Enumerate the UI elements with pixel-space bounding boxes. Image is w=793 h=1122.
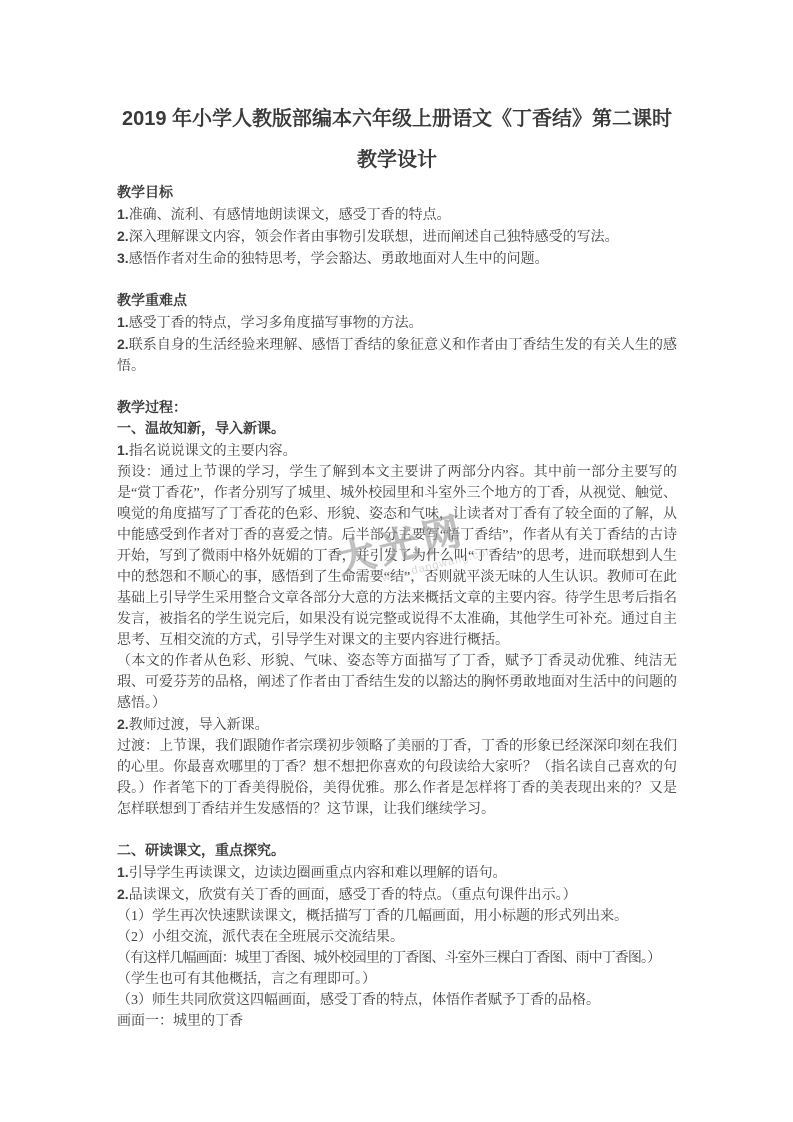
title-line-1: 2019 年小学人教版部编本六年级上册语文《丁香结》第二课时 [117, 99, 677, 140]
item-text: 引导学生再读课文，边读边圈画重点内容和难以理解的语句。 [129, 866, 507, 881]
heading-key-difficult-points: 教学重难点 [117, 291, 677, 312]
item-text: 教师过渡，导入新课。 [129, 718, 269, 733]
item-number: 1. [117, 442, 129, 458]
item-number: 2. [117, 336, 129, 352]
heading-teaching-objectives: 教学目标 [117, 183, 677, 204]
item-text: 感受丁香的特点，学习多角度描写事物的方法。 [129, 316, 423, 331]
objective-item-2: 2.深入理解课文内容，领会作者由事物引发联想，进而阐述自己独特感受的写法。 [117, 226, 677, 248]
document-content: 2019 年小学人教版部编本六年级上册语文《丁香结》第二课时 教学设计 教学目标… [117, 99, 677, 1032]
item-number: 3. [117, 250, 129, 266]
item-text: 联系自身的生活经验来理解、感悟丁香结的象征意义和作者由丁香结生发的有关人生的感悟… [117, 338, 677, 374]
title-line-2: 教学设计 [117, 140, 677, 181]
item-text: 指名说说课文的主要内容。 [129, 444, 297, 459]
objective-item-1: 1.准确、流利、有感情地朗读课文，感受丁香的特点。 [117, 204, 677, 226]
item-text: 品读课文，欣赏有关丁香的画面，感受丁香的特点。（重点句课件出示。） [129, 888, 577, 903]
item-number: 2. [117, 228, 129, 244]
part-one-item-2: 2.教师过渡，导入新课。 [117, 714, 677, 736]
item-number: 1. [117, 206, 129, 222]
blank-line [117, 270, 677, 291]
item-text: 深入理解课文内容，领会作者由事物引发联想，进而阐述自己独特感受的写法。 [129, 230, 619, 245]
part-one-item-1: 1.指名说说课文的主要内容。 [117, 440, 677, 462]
paragraph-preset: 预设：通过上节课的学习，学生了解到本文主要讲了两部分内容。其中前一部分主要写的是… [117, 462, 677, 651]
document-title: 2019 年小学人教版部编本六年级上册语文《丁香结》第二课时 教学设计 [117, 99, 677, 181]
part-two-item-1: 1.引导学生再读课文，边读边圈画重点内容和难以理解的语句。 [117, 862, 677, 884]
key-point-item-2: 2.联系自身的生活经验来理解、感悟丁香结的象征意义和作者由丁香结生发的有关人生的… [117, 334, 677, 377]
step-paragraph-2: （2）小组交流，派代表在全班展示交流结果。 [117, 927, 677, 948]
heading-part-one: 一、温故知新，导入新课。 [117, 419, 677, 440]
item-number: 2. [117, 886, 129, 902]
blank-line [117, 377, 677, 398]
heading-teaching-process: 教学过程： [117, 398, 677, 419]
objective-item-3: 3.感悟作者对生命的独特思考，学会豁达、勇敢地面对人生中的问题。 [117, 248, 677, 270]
step-paragraph-3: （3）师生共同欣赏这四幅画面，感受丁香的特点，体悟作者赋予丁香的品格。 [117, 990, 677, 1011]
item-number: 1. [117, 314, 129, 330]
item-text: 准确、流利、有感情地朗读课文，感受丁香的特点。 [129, 208, 451, 223]
part-two-item-2: 2.品读课文，欣赏有关丁香的画面，感受丁香的特点。（重点句课件出示。） [117, 884, 677, 906]
paragraph-summary-note: （本文的作者从色彩、形貌、气味、姿态等方面描写了丁香，赋予丁香灵动优雅、纯洁无瑕… [117, 651, 677, 714]
step-paragraph-alt-note: （学生也可有其他概括，言之有理即可。） [117, 969, 677, 990]
item-number: 2. [117, 716, 129, 732]
item-text: 感悟作者对生命的独特思考，学会豁达、勇敢地面对人生中的问题。 [129, 252, 549, 267]
picture-one-label: 画面一：城里的丁香 [117, 1011, 677, 1032]
blank-line [117, 820, 677, 841]
key-point-item-1: 1.感受丁香的特点，学习多角度描写事物的方法。 [117, 312, 677, 334]
item-number: 1. [117, 864, 129, 880]
document-page: 2019 年小学人教版部编本六年级上册语文《丁香结》第二课时 教学设计 教学目标… [0, 0, 793, 1122]
paragraph-transition: 过渡：上节课，我们跟随作者宗璞初步领略了美丽的丁香，丁香的形象已经深深印刻在我们… [117, 736, 677, 820]
step-paragraph-1: （1）学生再次快速默读课文，概括描写丁香的几幅画面，用小标题的形式列出来。 [117, 906, 677, 927]
step-paragraph-pictures-list: （有这样几幅画面：城里丁香图、城外校园里的丁香图、斗室外三棵白丁香图、雨中丁香图… [117, 948, 677, 969]
heading-part-two: 二、研读课文，重点探究。 [117, 841, 677, 862]
